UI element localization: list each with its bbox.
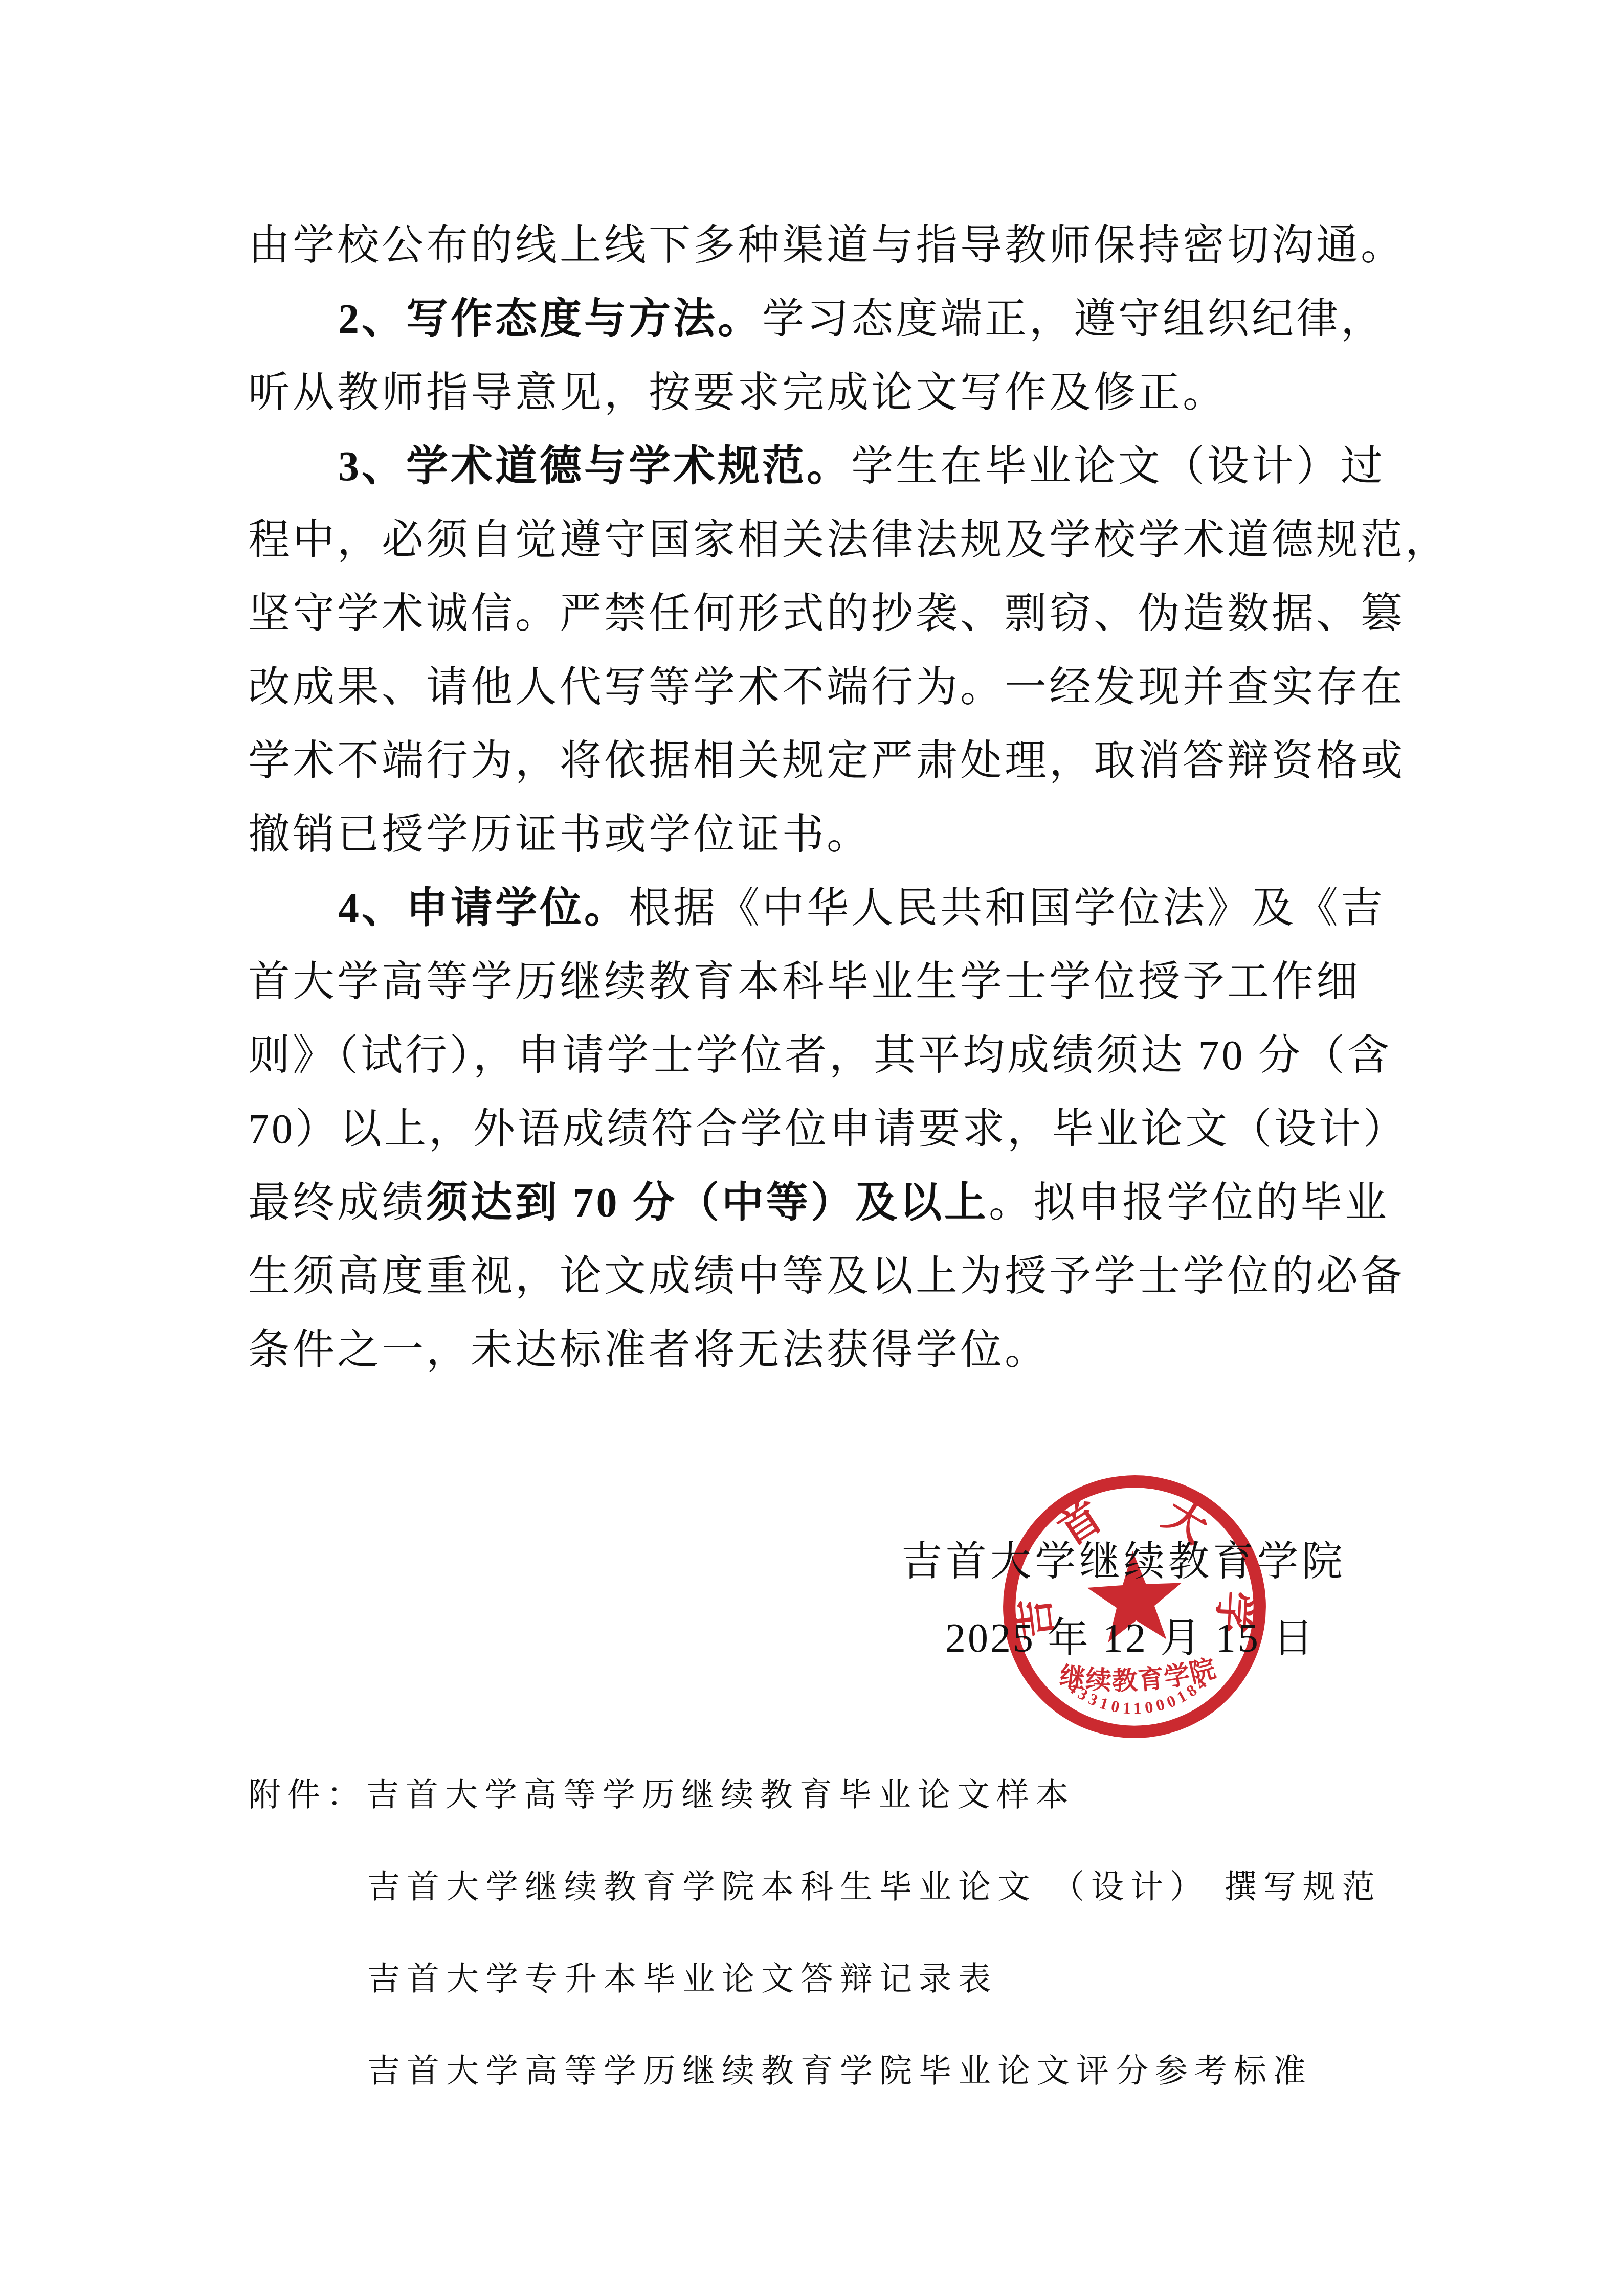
attachments-label: 附件： [248,1749,366,1841]
attachment-item: 吉首大学高等学历继续教育毕业论文样本 [366,1776,1075,1813]
body-line: 3、学术道德与学术规范。学生在毕业论文（设计）过 [248,430,1450,503]
attachments-section: 附件：吉首大学高等学历继续教育毕业论文样本 吉首大学继续教育学院本科生毕业论文 … [248,1749,1382,2117]
attachment-row: 吉首大学专升本毕业论文答辩记录表 [248,1933,1382,2025]
attachment-row: 吉首大学高等学历继续教育学院毕业论文评分参考标准 [248,2025,1382,2117]
text-segment: 学习态度端正，遵守组织纪律， [762,296,1385,342]
body-line: 学术不端行为，将依据相关规定严肃处理，取消答辩资格或 [248,724,1450,798]
body-line: 程中，必须自觉遵守国家相关法律法规及学校学术道德规范， [248,503,1450,577]
attachment-item: 吉首大学专升本毕业论文答辩记录表 [367,1961,997,1997]
text-segment: 根据《中华人民共和国学位法》及《吉 [629,885,1385,931]
signature-date-line: 2025 年 12 月 15 日 [945,1615,1316,1662]
body-line: 4、申请学位。根据《中华人民共和国学位法》及《吉 [248,871,1450,945]
body-line: 听从教师指导意见，按要求完成论文写作及修正。 [248,356,1450,430]
attachment-row: 吉首大学继续教育学院本科生毕业论文 （设计） 撰写规范 [248,1841,1382,1933]
body-line: 改成果、请他人代写等学术不端行为。一经发现并查实存在 [248,650,1450,724]
bold-text-segment: 须达到 70 分（中等）及以上 [426,1179,989,1226]
body-line: 首大学高等学历继续教育本科毕业生学士学位授予工作细 [248,945,1450,1019]
text-segment: 改成果、请他人代写等学术不端行为。一经发现并查实存在 [248,664,1405,710]
text-segment: 首大学高等学历继续教育本科毕业生学士学位授予工作细 [248,958,1361,1005]
bold-text-segment: 2、写作态度与方法。 [338,296,762,342]
text-segment: 学术不端行为，将依据相关规定严肃处理，取消答辩资格或 [248,737,1405,784]
attachment-item: 吉首大学高等学历继续教育学院毕业论文评分参考标准 [367,2053,1312,2089]
document-body: 由学校公布的线上线下多种渠道与指导教师保持密切沟通。 2、写作态度与方法。学习态… [248,209,1450,1387]
document-page: 由学校公布的线上线下多种渠道与指导教师保持密切沟通。 2、写作态度与方法。学习态… [0,0,1624,2296]
text-segment: 学生在毕业论文（设计）过 [851,443,1385,489]
body-line: 则》（试行），申请学士学位者，其平均成绩须达 70 分（含 [248,1019,1450,1092]
body-line: 撤销已授学历证书或学位证书。 [248,798,1450,871]
text-segment: 条件之一，未达标准者将无法获得学位。 [248,1326,1049,1373]
text-segment: 70）以上，外语成绩符合学位申请要求，毕业论文（设计） [248,1106,1408,1152]
signature-org-line: 吉首大学继续教育学院 [901,1538,1346,1585]
attachment-row: 附件：吉首大学高等学历继续教育毕业论文样本 [248,1749,1382,1841]
text-segment: 生须高度重视，论文成绩中等及以上为授予学士学位的必备 [248,1253,1405,1299]
body-line: 生须高度重视，论文成绩中等及以上为授予学士学位的必备 [248,1240,1450,1313]
bold-text-segment: 4、申请学位。 [338,885,629,931]
text-segment: 最终成绩 [248,1179,426,1226]
official-seal: 吉 首 大 学 继续教育学院 4331011000184 [988,1456,1281,1757]
text-segment: 撤销已授学历证书或学位证书。 [248,811,871,858]
body-line: 条件之一，未达标准者将无法获得学位。 [248,1313,1450,1387]
body-line: 2、写作态度与方法。学习态度端正，遵守组织纪律， [248,282,1450,356]
attachment-item: 吉首大学继续教育学院本科生毕业论文 （设计） 撰写规范 [367,1869,1382,1905]
text-segment: 由学校公布的线上线下多种渠道与指导教师保持密切沟通。 [248,222,1405,268]
text-segment: 坚守学术诚信。严禁任何形式的抄袭、剽窃、伪造数据、篡 [248,590,1405,637]
bold-text-segment: 3、学术道德与学术规范。 [338,443,851,489]
text-segment: 则》（试行），申请学士学位者，其平均成绩须达 70 分（含 [248,1032,1392,1078]
body-line: 由学校公布的线上线下多种渠道与指导教师保持密切沟通。 [248,209,1450,282]
text-segment: 。拟申报学位的毕业 [989,1179,1389,1226]
text-segment: 程中，必须自觉遵守国家相关法律法规及学校学术道德规范， [248,516,1450,563]
body-line: 70）以上，外语成绩符合学位申请要求，毕业论文（设计） [248,1092,1450,1166]
body-line: 坚守学术诚信。严禁任何形式的抄袭、剽窃、伪造数据、篡 [248,577,1450,650]
text-segment: 听从教师指导意见，按要求完成论文写作及修正。 [248,369,1227,416]
body-line: 最终成绩须达到 70 分（中等）及以上。拟申报学位的毕业 [248,1166,1450,1240]
